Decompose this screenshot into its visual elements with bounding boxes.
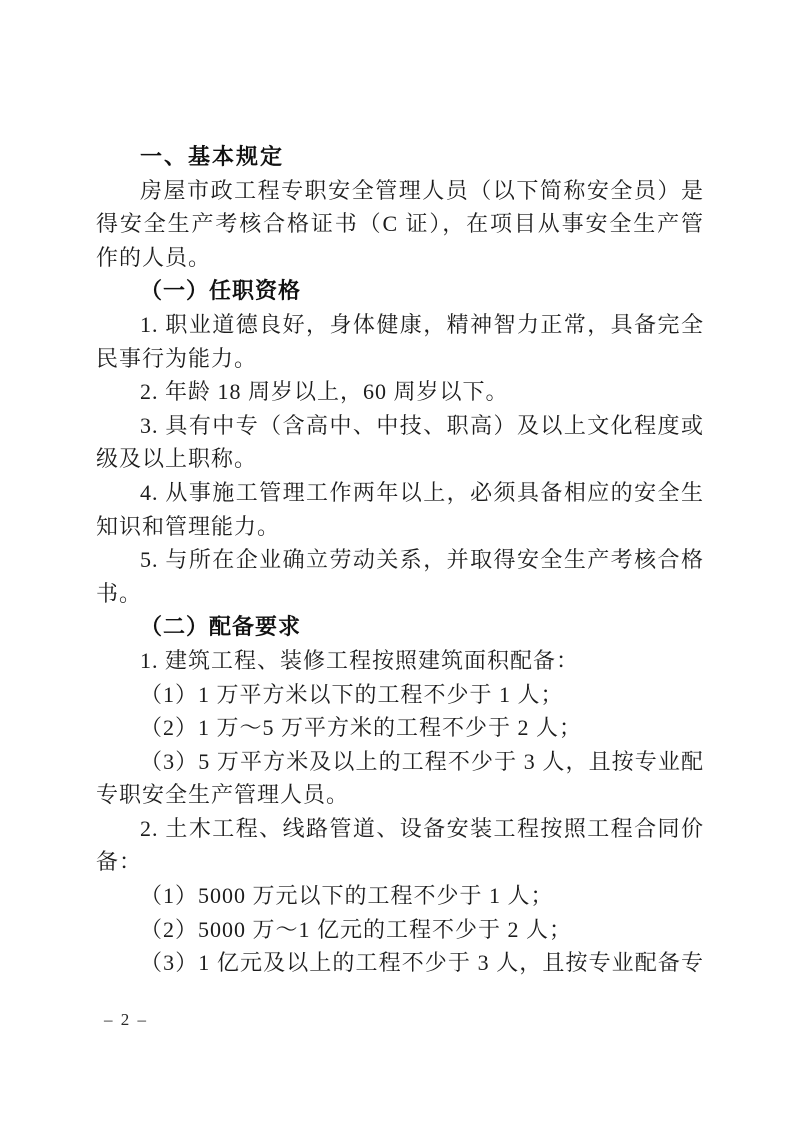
subsection-heading-staffing-requirements: （二）配备要求 (96, 610, 704, 644)
subsection-heading-qualifications: （一）任职资格 (96, 274, 704, 308)
list-item-line: 3. 具有中专（含高中、中技、职高）及以上文化程度或初 (96, 409, 704, 443)
list-item-line: 备： (96, 845, 704, 879)
list-item-line: 2. 土木工程、线路管道、设备安装工程按照工程合同价配 (96, 812, 704, 846)
list-item-line: 2. 年龄 18 周岁以上，60 周岁以下。 (96, 375, 704, 409)
list-item-line: （1）5000 万元以下的工程不少于 1 人； (96, 879, 704, 913)
list-item-line: 1. 职业道德良好，身体健康，精神智力正常，具备完全的 (96, 308, 704, 342)
list-item-line: 书。 (96, 577, 704, 611)
list-item-line: 4. 从事施工管理工作两年以上，必须具备相应的安全生产 (96, 476, 704, 510)
list-item-line: （2）5000 万～1 亿元的工程不少于 2 人； (96, 913, 704, 947)
section-heading-basic-provisions: 一、基本规定 (96, 140, 704, 174)
list-item-line: 民事行为能力。 (96, 342, 704, 376)
document-page: 一、基本规定 房屋市政工程专职安全管理人员（以下简称安全员）是指取 得安全生产考… (0, 0, 800, 1132)
list-item-line: （2）1 万～5 万平方米的工程不少于 2 人； (96, 711, 704, 745)
paragraph-line: 房屋市政工程专职安全管理人员（以下简称安全员）是指取 (96, 174, 704, 208)
list-item-line: （3）1 亿元及以上的工程不少于 3 人，且按专业配备专职 (96, 946, 704, 980)
list-item-line: （3）5 万平方米及以上的工程不少于 3 人，且按专业配备 (96, 745, 704, 779)
list-item-line: （1）1 万平方米以下的工程不少于 1 人； (96, 678, 704, 712)
list-item-line: 知识和管理能力。 (96, 510, 704, 544)
paragraph-line: 作的人员。 (96, 241, 704, 275)
list-item-line: 5. 与所在企业确立劳动关系，并取得安全生产考核合格证 (96, 543, 704, 577)
list-item-line: 1. 建筑工程、装修工程按照建筑面积配备： (96, 644, 704, 678)
list-item-line: 专职安全生产管理人员。 (96, 778, 704, 812)
paragraph-line: 得安全生产考核合格证书（C 证），在项目从事安全生产管理工 (96, 207, 704, 241)
page-number: – 2 – (104, 1008, 148, 1032)
document-body: 一、基本规定 房屋市政工程专职安全管理人员（以下简称安全员）是指取 得安全生产考… (96, 140, 704, 980)
list-item-line: 级及以上职称。 (96, 442, 704, 476)
